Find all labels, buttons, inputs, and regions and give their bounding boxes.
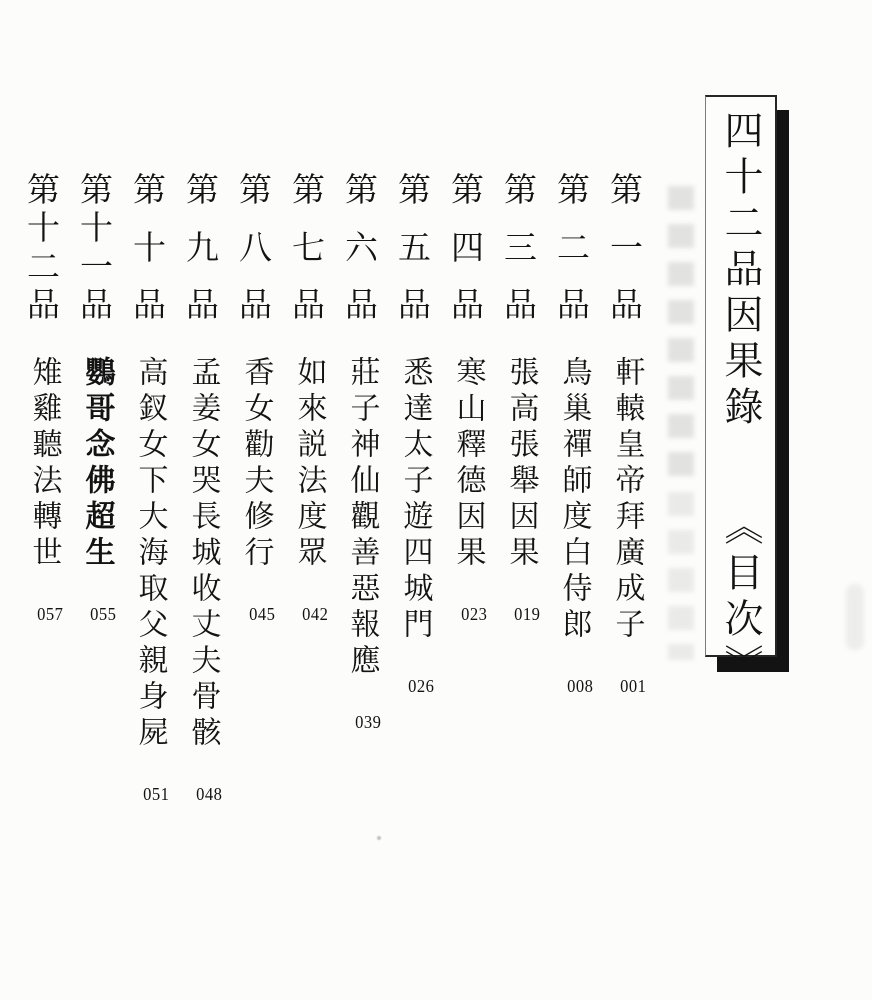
chapter-char: 四 <box>451 233 484 266</box>
bleed-through-mark <box>668 186 694 476</box>
entry-page-number: 001 <box>620 677 646 695</box>
chapter-char: 十 <box>27 213 60 246</box>
entry-page-number: 042 <box>302 605 328 623</box>
bleed-through-mark <box>668 492 694 660</box>
toc-entry: 第十一品 鸚哥念佛超生 055 <box>70 175 123 803</box>
toc-entry: 第三品 張高張舉因果 019 <box>494 175 547 803</box>
entry-page-number: 048 <box>196 785 222 803</box>
chapter-char: 十 <box>80 213 113 246</box>
chapter-char: 第 <box>504 175 537 208</box>
entry-page-number: 051 <box>143 785 169 803</box>
chapter-char: 五 <box>398 233 431 266</box>
chapter-char: 三 <box>504 233 537 266</box>
book-title-box: 四十二品因果錄 《目次》 <box>705 95 777 657</box>
chapter-label: 第六品 <box>345 175 378 323</box>
entry-page-number: 039 <box>355 713 381 731</box>
chapter-char: 第 <box>27 175 60 208</box>
chapter-char: 第 <box>292 175 325 208</box>
entry-title: 寒山釋德因果 <box>453 356 483 572</box>
toc-entry: 第五品 悉達太子遊四城門 026 <box>388 175 441 803</box>
toc-entry: 第八品 香女勸夫修行 045 <box>229 175 282 803</box>
chapter-char: 品 <box>186 290 219 323</box>
toc-entry: 第四品 寒山釋德因果 023 <box>441 175 494 803</box>
chapter-label: 第十一品 <box>80 175 113 323</box>
entry-title: 悉達太子遊四城門 <box>400 356 430 644</box>
chapter-label: 第二品 <box>557 175 590 323</box>
chapter-label: 第四品 <box>451 175 484 323</box>
chapter-char: 第 <box>239 175 272 208</box>
toc-entry: 第十品 高釵女下大海取父親身屍 051 <box>123 175 176 803</box>
entry-page-number: 045 <box>249 605 275 623</box>
entry-page-number: 023 <box>461 605 487 623</box>
chapter-char: 品 <box>557 290 590 323</box>
toc-entry: 第九品 孟姜女哭長城收丈夫骨骸 048 <box>176 175 229 803</box>
entry-title: 張高張舉因果 <box>506 356 536 572</box>
chapter-label: 第八品 <box>239 175 272 323</box>
chapter-char: 品 <box>239 290 272 323</box>
chapter-char: 一 <box>610 233 643 266</box>
chapter-char: 品 <box>80 290 113 323</box>
scan-speck <box>377 836 381 840</box>
chapter-char: 品 <box>451 290 484 323</box>
toc-entry: 第七品 如來説法度眾 042 <box>282 175 335 803</box>
entry-page-number: 055 <box>90 605 116 623</box>
chapter-char: 二 <box>27 252 60 285</box>
chapter-char: 品 <box>610 290 643 323</box>
entry-title: 如來説法度眾 <box>294 356 324 572</box>
toc-entry: 第六品 莊子神仙觀善惡報應 039 <box>335 175 388 803</box>
chapter-char: 第 <box>398 175 431 208</box>
entry-title: 雉雞聽法轉世 <box>29 356 59 572</box>
chapter-char: 八 <box>239 233 272 266</box>
chapter-char: 一 <box>80 252 113 285</box>
chapter-char: 十 <box>133 233 166 266</box>
entry-page-number: 008 <box>567 677 593 695</box>
book-title: 四十二品因果錄 <box>721 110 760 432</box>
chapter-char: 第 <box>186 175 219 208</box>
entry-title: 軒轅皇帝拜廣成子 <box>612 356 642 644</box>
chapter-char: 九 <box>186 233 219 266</box>
entry-page-number: 057 <box>37 605 63 623</box>
entry-page-number: 026 <box>408 677 434 695</box>
toc-entry: 第十二品 雉雞聽法轉世 057 <box>17 175 70 803</box>
entry-title: 高釵女下大海取父親身屍 <box>135 356 165 752</box>
toc-entry: 第一品 軒轅皇帝拜廣成子 001 <box>600 175 653 803</box>
chapter-char: 品 <box>398 290 431 323</box>
chapter-char: 品 <box>292 290 325 323</box>
chapter-char: 品 <box>133 290 166 323</box>
chapter-label: 第十品 <box>133 175 166 323</box>
chapter-label: 第一品 <box>610 175 643 323</box>
chapter-char: 品 <box>345 290 378 323</box>
toc-list: 第一品 軒轅皇帝拜廣成子 001 第二品 鳥巢禪師度白侍郎 008 第三品 張高… <box>16 175 653 803</box>
chapter-char: 七 <box>292 233 325 266</box>
bleed-through-mark <box>846 584 864 650</box>
entry-page-number: 019 <box>514 605 540 623</box>
toc-subtitle: 《目次》 <box>721 506 760 690</box>
chapter-char: 第 <box>80 175 113 208</box>
chapter-char: 第 <box>345 175 378 208</box>
toc-entry: 第二品 鳥巢禪師度白侍郎 008 <box>547 175 600 803</box>
scanned-toc-page: 第一品 軒轅皇帝拜廣成子 001 第二品 鳥巢禪師度白侍郎 008 第三品 張高… <box>0 0 872 1000</box>
chapter-char: 第 <box>451 175 484 208</box>
entry-title: 孟姜女哭長城收丈夫骨骸 <box>188 356 218 752</box>
entry-title: 鳥巢禪師度白侍郎 <box>559 356 589 644</box>
chapter-char: 二 <box>557 233 590 266</box>
chapter-label: 第七品 <box>292 175 325 323</box>
chapter-char: 第 <box>610 175 643 208</box>
chapter-char: 第 <box>557 175 590 208</box>
chapter-label: 第三品 <box>504 175 537 323</box>
chapter-label: 第五品 <box>398 175 431 323</box>
entry-title: 香女勸夫修行 <box>241 356 271 572</box>
chapter-label: 第九品 <box>186 175 219 323</box>
entry-title: 鸚哥念佛超生 <box>82 356 112 572</box>
book-title-column: 四十二品因果錄 《目次》 <box>721 97 760 655</box>
chapter-label: 第十二品 <box>27 175 60 323</box>
chapter-char: 品 <box>27 290 60 323</box>
chapter-char: 品 <box>504 290 537 323</box>
entry-title: 莊子神仙觀善惡報應 <box>347 356 377 680</box>
chapter-char: 第 <box>133 175 166 208</box>
chapter-char: 六 <box>345 233 378 266</box>
